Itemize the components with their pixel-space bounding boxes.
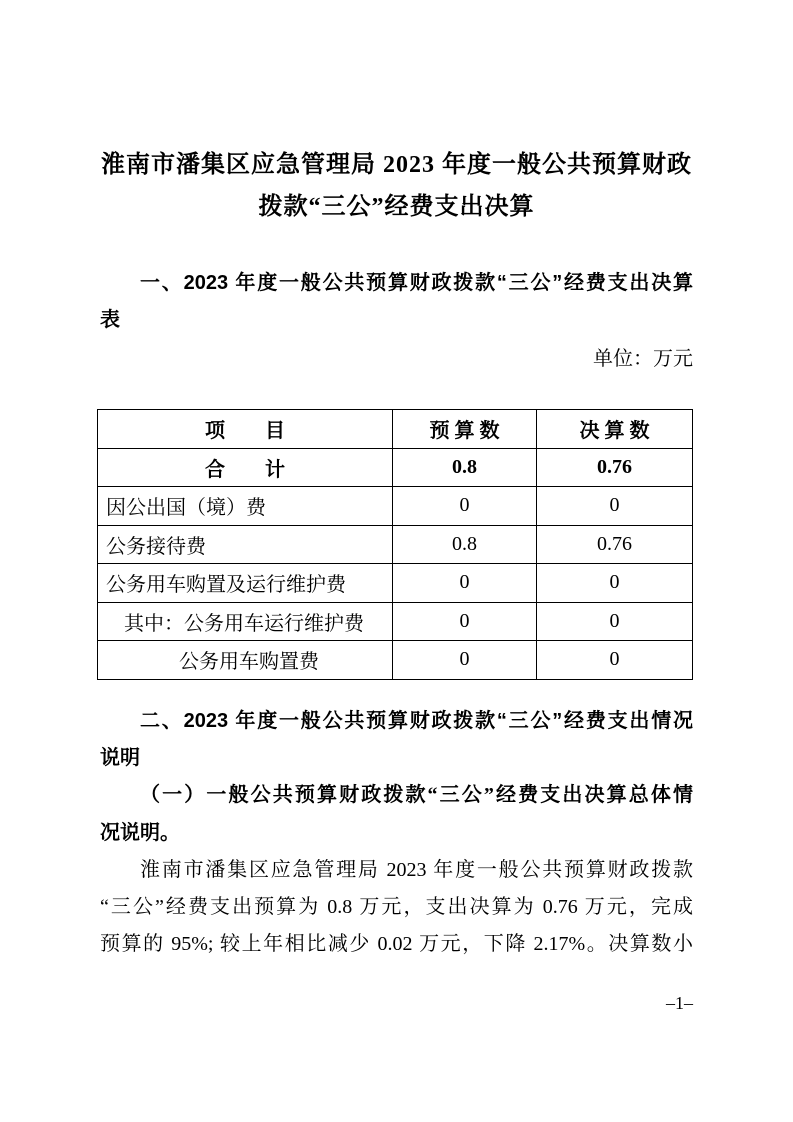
table-row-vehicle-maintenance: 其中：公务用车运行维护费 0 0 — [98, 602, 693, 641]
row-vehicle-maintenance-final: 0 — [537, 602, 693, 641]
row-abroad-item: 因公出国（境）费 — [98, 487, 393, 526]
row-total-item: 合 计 — [98, 448, 393, 487]
row-vehicle-total-item: 公务用车购置及运行维护费 — [98, 564, 393, 603]
row-total-final: 0.76 — [537, 448, 693, 487]
row-vehicle-purchase-final: 0 — [537, 641, 693, 680]
row-reception-final: 0.76 — [537, 525, 693, 564]
subsection-1-heading-line-1: （一）一般公共预算财政拨款“三公”经费支出决算总体情 — [100, 777, 693, 814]
row-vehicle-maintenance-item: 其中：公务用车运行维护费 — [98, 602, 393, 641]
section-1-heading-line-1: 一、2023 年度一般公共预算财政拨款“三公”经费支出决算 — [100, 265, 693, 302]
header-budget: 预 算 数 — [393, 410, 537, 449]
expenditure-table-wrapper: 项 目 预 算 数 决 算 数 合 计 0.8 0.76 因公出国（境）费 0 … — [97, 409, 692, 680]
table-row-vehicle-purchase: 公务用车购置费 0 0 — [98, 641, 693, 680]
table-row-reception: 公务接待费 0.8 0.76 — [98, 525, 693, 564]
section-2-heading-line-2: 说明 — [100, 740, 693, 777]
row-vehicle-purchase-item: 公务用车购置费 — [98, 641, 393, 680]
table-header-row: 项 目 预 算 数 决 算 数 — [98, 410, 693, 449]
row-vehicle-total-budget: 0 — [393, 564, 537, 603]
row-total-budget: 0.8 — [393, 448, 537, 487]
row-abroad-budget: 0 — [393, 487, 537, 526]
section-1-heading: 一、2023 年度一般公共预算财政拨款“三公”经费支出决算 表 — [100, 265, 693, 339]
title-line-1: 淮南市潘集区应急管理局 2023 年度一般公共预算财政 — [100, 144, 693, 186]
header-item: 项 目 — [98, 410, 393, 449]
expenditure-table: 项 目 预 算 数 决 算 数 合 计 0.8 0.76 因公出国（境）费 0 … — [97, 409, 693, 680]
row-reception-budget: 0.8 — [393, 525, 537, 564]
table-row-abroad: 因公出国（境）费 0 0 — [98, 487, 693, 526]
document-page: 淮南市潘集区应急管理局 2023 年度一般公共预算财政 拨款“三公”经费支出决算… — [0, 0, 793, 1122]
row-abroad-final: 0 — [537, 487, 693, 526]
document-title: 淮南市潘集区应急管理局 2023 年度一般公共预算财政 拨款“三公”经费支出决算 — [100, 144, 693, 228]
paragraph-line-3: 预算的 95%; 较上年相比减少 0.02 万元，下降 2.17%。决算数小 — [100, 926, 693, 963]
row-reception-item: 公务接待费 — [98, 525, 393, 564]
table-row-vehicle-total: 公务用车购置及运行维护费 0 0 — [98, 564, 693, 603]
section-2-text: 二、2023 年度一般公共预算财政拨款“三公”经费支出情况 说明 （一）一般公共… — [100, 703, 693, 963]
subsection-1-heading-line-2: 况说明。 — [100, 815, 693, 852]
row-vehicle-total-final: 0 — [537, 564, 693, 603]
row-vehicle-purchase-budget: 0 — [393, 641, 537, 680]
paragraph-line-1: 淮南市潘集区应急管理局 2023 年度一般公共预算财政拨款 — [100, 852, 693, 889]
paragraph-line-2: “三公”经费支出预算为 0.8 万元，支出决算为 0.76 万元，完成 — [100, 889, 693, 926]
section-1-heading-line-2: 表 — [100, 302, 693, 339]
section-2-heading-line-1: 二、2023 年度一般公共预算财政拨款“三公”经费支出情况 — [100, 703, 693, 740]
title-line-2: 拨款“三公”经费支出决算 — [100, 186, 693, 228]
page-number: –1– — [100, 992, 693, 1014]
header-final: 决 算 数 — [537, 410, 693, 449]
unit-label: 单位：万元 — [100, 341, 693, 378]
table-row-total: 合 计 0.8 0.76 — [98, 448, 693, 487]
row-vehicle-maintenance-budget: 0 — [393, 602, 537, 641]
